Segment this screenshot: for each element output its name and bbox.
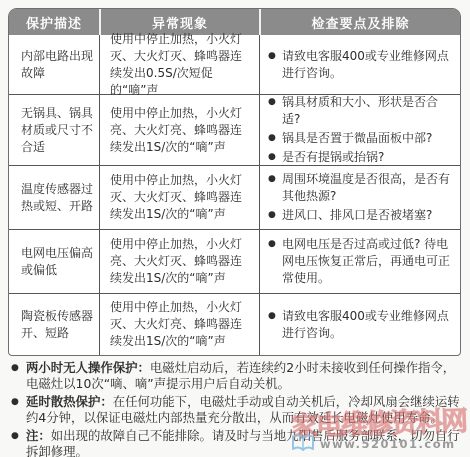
check-item: 请致电客服400或专业维修网点进行咨询。 (268, 48, 456, 82)
header-protection: 保护描述 (9, 9, 99, 35)
checks-cell: 锅具材质和大小、形状是否合适? 锅具是否置于微晶面板中部? 是否有提锅或抬锅? (259, 95, 460, 165)
note-item: 延时散热保护：在任何功能下，电磁灶手动或自动关机后，冷却风扇会继续运转约4分钟，… (8, 394, 463, 426)
note-text: 注：如出现的故障自己不能排除。请及时与当地九阳售后服务部联系，切勿自行拆卸修理。 (26, 428, 463, 457)
check-item: 进风口、排风口是否被堵塞? (268, 207, 456, 224)
symptom-cell: 使用中停止加热，小火灯亮、大火灯亮、蜂鸣器连续发出1S/次的“嘀”声 (99, 95, 259, 165)
symptom-cell: 使用中停止加热，小火灯灭、大火灯灭、蜂鸣器连续发出1S/次的“嘀”声 (99, 166, 259, 229)
bullet-icon (268, 48, 282, 82)
troubleshooting-table: 保护描述 异常现象 检查要点及排除 内部电路出现故障 使用中停止加热，小火灯灭、… (8, 8, 461, 356)
bullet-icon (8, 428, 26, 457)
symptom-cell: 使用中停止加热，小火灯灭、大火灯灭、蜂鸣器连续发出0.5S/次短促的“嘀”声 (99, 35, 259, 94)
table-row: 电网电压偏高或偏低 使用中停止加热，小火灯亮、大火灯灭、蜂鸣器连续发出1S/次的… (9, 229, 460, 293)
symptom-cell: 使用中停止加热，小火灯灭、大火灯亮、蜂鸣器连续发出1S/次的“嘀”声 (99, 294, 259, 355)
note-body: 如出现的故障自己不能排除。请及时与当地九阳售后服务部联系，切勿自行拆卸修理。 (26, 428, 460, 457)
check-item: 电网电压是否过高或过低? 待电网电压恢复正常后，再通电可正常使用。 (268, 236, 456, 287)
check-text: 请致电客服400或专业维修网点进行咨询。 (282, 48, 456, 82)
note-text: 两小时无人操作保护：电磁灶启动后，若连续约2小时未接收到任何操作指令，电磁灶以1… (26, 360, 463, 392)
notes-section: 两小时无人操作保护：电磁灶启动后，若连续约2小时未接收到任何操作指令，电磁灶以1… (8, 360, 463, 457)
check-text: 周围环境温度是否很高，是否有其他热源? (282, 171, 456, 205)
check-text: 进风口、排风口是否被堵塞? (282, 207, 456, 224)
bullet-icon (268, 94, 282, 128)
checks-cell: 请致电客服400或专业维修网点进行咨询。 (259, 294, 460, 355)
bullet-icon (268, 171, 282, 205)
protection-cell: 温度传感器过热或短、开路 (9, 166, 99, 229)
check-text: 锅具材质和大小、形状是否合适? (282, 94, 456, 128)
checks-cell: 请致电客服400或专业维修网点进行咨询。 (259, 35, 460, 94)
check-item: 锅具材质和大小、形状是否合适? (268, 94, 456, 128)
symptom-cell: 使用中停止加热，小火灯亮、大火灯灭、蜂鸣器连续发出1S/次的“嘀”声 (99, 230, 259, 293)
header-checks: 检查要点及排除 (259, 9, 460, 35)
bullet-icon (268, 236, 282, 287)
checks-cell: 电网电压是否过高或过低? 待电网电压恢复正常后，再通电可正常使用。 (259, 230, 460, 293)
bullet-icon (268, 308, 282, 342)
bullet-icon (268, 207, 282, 224)
check-text: 电网电压是否过高或过低? 待电网电压恢复正常后，再通电可正常使用。 (282, 236, 456, 287)
table-row: 温度传感器过热或短、开路 使用中停止加热，小火灯灭、大火灯灭、蜂鸣器连续发出1S… (9, 165, 460, 229)
checks-cell: 周围环境温度是否很高，是否有其他热源? 进风口、排风口是否被堵塞? (259, 166, 460, 229)
note-item: 两小时无人操作保护：电磁灶启动后，若连续约2小时未接收到任何操作指令，电磁灶以1… (8, 360, 463, 392)
note-title: 延时散热保护： (26, 394, 113, 409)
bullet-icon (268, 149, 282, 166)
note-title: 两小时无人操作保护： (26, 360, 150, 375)
note-item: 注：如出现的故障自己不能排除。请及时与当地九阳售后服务部联系，切勿自行拆卸修理。 (8, 428, 463, 457)
check-item: 周围环境温度是否很高，是否有其他热源? (268, 171, 456, 205)
table-row: 无锅具、锅具材质或尺寸不合适 使用中停止加热，小火灯亮、大火灯亮、蜂鸣器连续发出… (9, 94, 460, 165)
protection-cell: 陶瓷板传感器开、短路 (9, 294, 99, 355)
check-text: 锅具是否置于微晶面板中部? (282, 130, 456, 147)
table-row: 内部电路出现故障 使用中停止加热，小火灯灭、大火灯灭、蜂鸣器连续发出0.5S/次… (9, 35, 460, 94)
check-item: 锅具是否置于微晶面板中部? (268, 130, 456, 147)
protection-cell: 电网电压偏高或偏低 (9, 230, 99, 293)
protection-cell: 无锅具、锅具材质或尺寸不合适 (9, 95, 99, 165)
bullet-icon (8, 394, 26, 426)
table-row: 陶瓷板传感器开、短路 使用中停止加热，小火灯灭、大火灯亮、蜂鸣器连续发出1S/次… (9, 293, 460, 355)
protection-cell: 内部电路出现故障 (9, 35, 99, 94)
check-text: 请致电客服400或专业维修网点进行咨询。 (282, 308, 456, 342)
bullet-icon (8, 360, 26, 392)
check-item: 请致电客服400或专业维修网点进行咨询。 (268, 308, 456, 342)
manual-page: { "colors": { "page_bg": "#f8f8f6", "hea… (0, 0, 470, 457)
bullet-icon (268, 130, 282, 147)
note-text: 延时散热保护：在任何功能下，电磁灶手动或自动关机后，冷却风扇会继续运转约4分钟，… (26, 394, 463, 426)
check-text: 是否有提锅或抬锅? (282, 149, 456, 166)
note-title: 注： (26, 428, 51, 443)
check-item: 是否有提锅或抬锅? (268, 149, 456, 166)
